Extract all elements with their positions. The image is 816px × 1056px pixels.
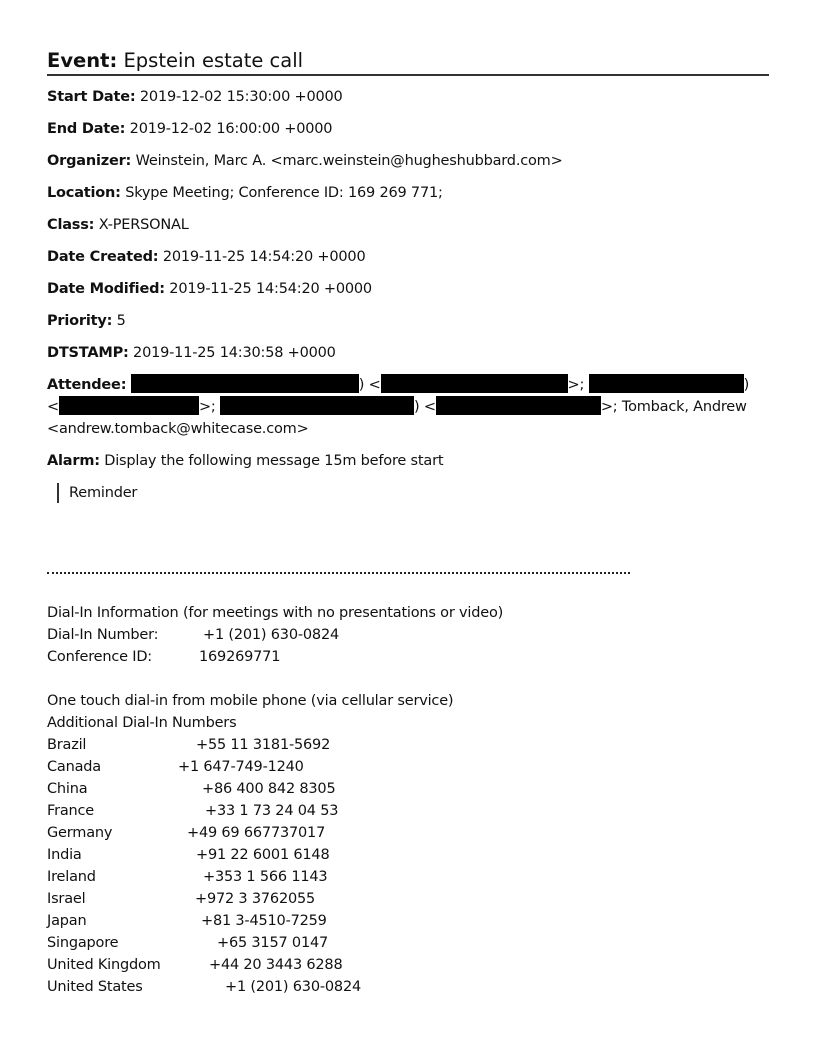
field-end-date: End Date: 2019-12-02 16:00:00 +0000 — [47, 118, 332, 140]
field-label: Alarm: — [47, 453, 100, 469]
field-label: Class: — [47, 217, 94, 233]
country-number-row: China+86 400 842 8305 — [47, 778, 503, 800]
attendee-name: >; Tomback, Andrew — [601, 399, 747, 415]
field-label: Organizer: — [47, 153, 131, 169]
dotted-divider — [47, 572, 630, 574]
country-name: Israel — [47, 891, 85, 907]
country-phone-number: +972 3 3762055 — [195, 888, 315, 910]
field-value: X-PERSONAL — [99, 217, 189, 233]
country-phone-number: +86 400 842 8305 — [202, 778, 335, 800]
dial-in-number-value: +1 (201) 630-0824 — [203, 624, 339, 646]
dial-in-info: Dial-In Information (for meetings with n… — [47, 602, 503, 998]
conference-id-row: Conference ID: 169269771 — [47, 646, 503, 668]
country-name: China — [47, 781, 87, 797]
field-label: Priority: — [47, 313, 112, 329]
country-name: Canada — [47, 759, 101, 775]
field-priority: Priority: 5 — [47, 310, 126, 332]
alarm-message-quote: Reminder — [57, 483, 137, 503]
field-value: Display the following message 15m before… — [104, 453, 443, 469]
country-name: India — [47, 847, 82, 863]
country-phone-number: +1 (201) 630-0824 — [225, 976, 361, 998]
country-number-row: India+91 22 6001 6148 — [47, 844, 503, 866]
country-name: United Kingdom — [47, 957, 161, 973]
country-name: Japan — [47, 913, 86, 929]
country-phone-number: +353 1 566 1143 — [203, 866, 327, 888]
country-phone-number: +65 3157 0147 — [217, 932, 328, 954]
field-value: 2019-11-25 14:30:58 +0000 — [133, 345, 336, 361]
field-label: Date Created: — [47, 249, 158, 265]
mobile-dial-in-heading: One touch dial-in from mobile phone (via… — [47, 690, 503, 712]
dial-in-number-label: Dial-In Number: — [47, 627, 158, 643]
country-number-list: Brazil+55 11 3181-5692Canada+1 647-749-1… — [47, 734, 503, 998]
field-value: Skype Meeting; Conference ID: 169 269 77… — [125, 185, 443, 201]
redaction-block — [59, 396, 199, 415]
field-label: Start Date: — [47, 89, 135, 105]
redaction-block — [589, 374, 744, 393]
event-title-label: Event: — [47, 49, 117, 72]
country-name: Singapore — [47, 935, 118, 951]
field-value: 2019-11-25 14:54:20 +0000 — [169, 281, 372, 297]
country-name: Ireland — [47, 869, 96, 885]
field-label: DTSTAMP: — [47, 345, 129, 361]
field-label: End Date: — [47, 121, 125, 137]
dial-in-number-row: Dial-In Number: +1 (201) 630-0824 — [47, 624, 503, 646]
field-label: Location: — [47, 185, 121, 201]
field-dtstamp: DTSTAMP: 2019-11-25 14:30:58 +0000 — [47, 342, 336, 364]
field-value: 2019-11-25 14:54:20 +0000 — [163, 249, 366, 265]
dial-in-heading: Dial-In Information (for meetings with n… — [47, 602, 503, 624]
separator: < — [47, 399, 59, 415]
country-number-row: Israel+972 3 3762055 — [47, 888, 503, 910]
separator: ) — [744, 377, 749, 393]
country-number-row: Singapore+65 3157 0147 — [47, 932, 503, 954]
separator: ) < — [359, 377, 381, 393]
separator: ) < — [414, 399, 436, 415]
separator: >; — [199, 399, 216, 415]
field-value: 5 — [117, 313, 126, 329]
redaction-block — [381, 374, 568, 393]
country-name: Germany — [47, 825, 112, 841]
country-phone-number: +49 69 667737017 — [187, 822, 325, 844]
field-date-created: Date Created: 2019-11-25 14:54:20 +0000 — [47, 246, 365, 268]
country-number-row: Brazil+55 11 3181-5692 — [47, 734, 503, 756]
country-number-row: Canada+1 647-749-1240 — [47, 756, 503, 778]
additional-numbers-heading: Additional Dial-In Numbers — [47, 712, 503, 734]
redaction-block — [436, 396, 601, 415]
country-number-row: Ireland+353 1 566 1143 — [47, 866, 503, 888]
country-number-row: Japan+81 3-4510-7259 — [47, 910, 503, 932]
country-name: France — [47, 803, 94, 819]
field-date-modified: Date Modified: 2019-11-25 14:54:20 +0000 — [47, 278, 372, 300]
country-phone-number: +91 22 6001 6148 — [196, 844, 329, 866]
field-value: Weinstein, Marc A. <marc.weinstein@hughe… — [136, 153, 563, 169]
country-number-row: United States+1 (201) 630-0824 — [47, 976, 503, 998]
field-class: Class: X-PERSONAL — [47, 214, 189, 236]
event-title-value: Epstein estate call — [123, 49, 303, 72]
blank-line — [47, 668, 503, 690]
country-number-row: United Kingdom+44 20 3443 6288 — [47, 954, 503, 976]
country-number-row: France+33 1 73 24 04 53 — [47, 800, 503, 822]
conference-id-value: 169269771 — [199, 646, 280, 668]
field-value: 2019-12-02 16:00:00 +0000 — [130, 121, 333, 137]
country-phone-number: +33 1 73 24 04 53 — [205, 800, 338, 822]
field-location: Location: Skype Meeting; Conference ID: … — [47, 182, 443, 204]
country-phone-number: +1 647-749-1240 — [178, 756, 304, 778]
field-value: 2019-12-02 15:30:00 +0000 — [140, 89, 343, 105]
event-title: Event: Epstein estate call — [47, 48, 769, 76]
field-start-date: Start Date: 2019-12-02 15:30:00 +0000 — [47, 86, 343, 108]
country-number-row: Germany+49 69 667737017 — [47, 822, 503, 844]
redaction-block — [131, 374, 359, 393]
country-phone-number: +55 11 3181-5692 — [196, 734, 330, 756]
field-organizer: Organizer: Weinstein, Marc A. <marc.wein… — [47, 150, 563, 172]
redaction-block — [220, 396, 414, 415]
country-phone-number: +81 3-4510-7259 — [201, 910, 327, 932]
conference-id-label: Conference ID: — [47, 649, 152, 665]
country-name: United States — [47, 979, 143, 995]
field-label: Date Modified: — [47, 281, 165, 297]
country-phone-number: +44 20 3443 6288 — [209, 954, 342, 976]
field-label: Attendee: — [47, 377, 126, 393]
field-alarm: Alarm: Display the following message 15m… — [47, 450, 443, 472]
separator: >; — [568, 377, 585, 393]
field-attendee: Attendee: ) <>; ) <>; ) <>; Tomback, And… — [47, 374, 769, 440]
attendee-email: <andrew.tomback@whitecase.com> — [47, 421, 309, 437]
country-name: Brazil — [47, 737, 86, 753]
